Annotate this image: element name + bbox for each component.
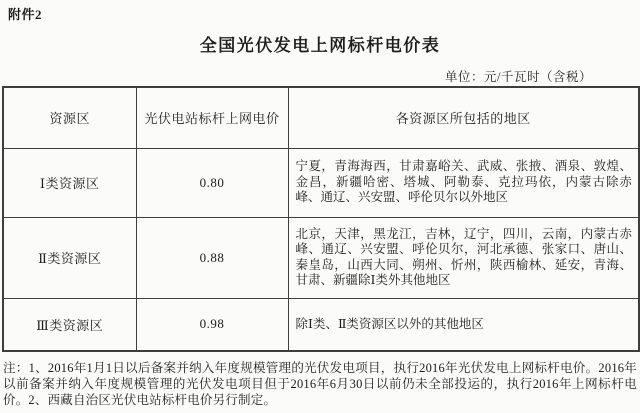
zone-3-price-cell: 0.98 [136, 298, 288, 351]
unit-label: 单位：元/千瓦时（含税） [445, 67, 592, 85]
zone-1-regions-cell: 宁夏，青海海西，甘肃嘉峪关、武威、张掖、酒泉、敦煌、金昌，新疆哈密、塔城、阿勒泰… [288, 148, 639, 217]
table-row-zone-1: Ⅰ类资源区 0.80 宁夏，青海海西，甘肃嘉峪关、武威、张掖、酒泉、敦煌、金昌，… [3, 148, 639, 217]
zone-2-price-cell: 0.88 [136, 217, 288, 298]
col-header-benchmark-price: 光伏电站标杆上网电价 [136, 87, 288, 148]
table-row-zone-2: Ⅱ类资源区 0.88 北京，天津，黑龙江，吉林，辽宁，四川，云南，内蒙古赤峰、通… [3, 217, 639, 298]
col-header-resource-zone: 资源区 [3, 87, 136, 148]
table-header-row: 资源区 光伏电站标杆上网电价 各资源区所包括的地区 [3, 87, 639, 148]
document-page: 附件2 全国光伏发电上网标杆电价表 单位：元/千瓦时（含税） 资源区 光伏电站标… [0, 0, 640, 413]
notes-text: 注：1、2016年1月1日以后备案并纳入年度规模管理的光伏发电项目，执行2016… [3, 360, 637, 408]
zone-3-regions-cell: 除Ⅰ类、Ⅱ类资源区以外的其他地区 [288, 298, 639, 351]
attachment-label: 附件2 [8, 4, 42, 23]
col-header-included-regions: 各资源区所包括的地区 [288, 87, 639, 148]
zone-1-label-cell: Ⅰ类资源区 [3, 148, 136, 217]
zone-2-label-cell: Ⅱ类资源区 [3, 217, 136, 298]
page-title: 全国光伏发电上网标杆电价表 [0, 31, 640, 56]
table-row-zone-3: Ⅲ类资源区 0.98 除Ⅰ类、Ⅱ类资源区以外的其他地区 [3, 298, 639, 351]
zone-1-price-cell: 0.80 [136, 148, 288, 217]
zone-2-regions-cell: 北京，天津，黑龙江，吉林，辽宁，四川，云南，内蒙古赤峰、通辽、兴安盟、呼伦贝尔，… [288, 217, 639, 298]
price-table: 资源区 光伏电站标杆上网电价 各资源区所包括的地区 Ⅰ类资源区 0.80 宁夏，… [2, 86, 640, 352]
zone-3-label-cell: Ⅲ类资源区 [3, 298, 136, 351]
